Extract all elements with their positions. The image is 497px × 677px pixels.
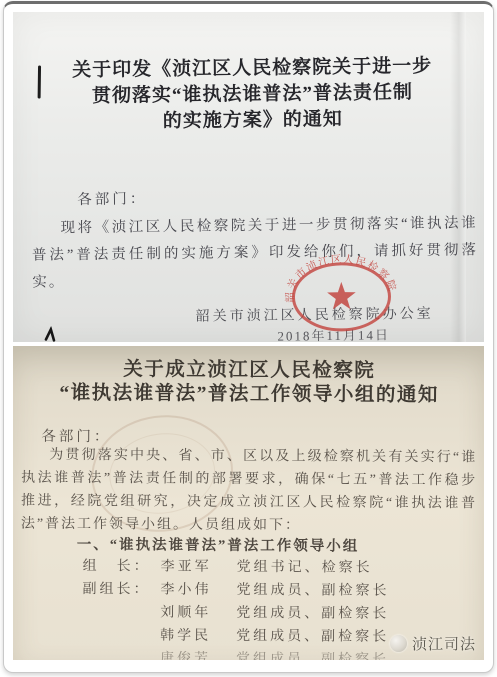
doc1-title-line: 的实施方案》的通知: [42, 105, 463, 136]
doc1-salutation: 各部门：: [77, 187, 147, 209]
roster-row: 副组长： 李小伟 党组成员、副检察长: [82, 578, 389, 603]
roster-row: 唐俊芳 党组成员、副检察长: [82, 647, 389, 660]
roster-role: [82, 601, 160, 624]
official-seal: 韶关市浈江区人民检察院: [266, 248, 417, 342]
doc2-title: 关于成立浈江区人民检察院 “谁执法谁普法”普法工作领导小组的通知: [24, 358, 475, 409]
roster-name: 刘顺年: [160, 601, 236, 624]
doc1-title: 关于印发《浈江区人民检察院关于进一步 贯彻落实“谁执法谁普法”普法责任制 的实施…: [42, 53, 464, 136]
watermark-label: 浈江司法: [412, 633, 476, 654]
doc2-title-line: 关于成立浈江区人民检察院: [24, 358, 475, 385]
doc1-photo: 关于印发《浈江区人民检察院关于进一步 贯彻落实“谁执法谁普法”普法责任制 的实施…: [13, 12, 484, 342]
roster-title: 党组成员、副检察长: [236, 579, 389, 603]
doc2-body: 为贯彻落实中央、省、市、区以及上级检察机关有关实行“谁执法谁普法”普法责任制的部…: [21, 444, 478, 539]
paper-crease: [450, 12, 466, 342]
roster-row: 组 长： 李亚军 党组书记、检察长: [83, 555, 390, 580]
roster-row: 刘顺年 党组成员、副检察长: [82, 601, 389, 626]
watermark-logo-icon: [390, 635, 407, 652]
roster-name: 韩学民: [160, 624, 236, 647]
doc2-section-heading: 一、“谁执法谁普法”普法工作领导小组: [77, 533, 360, 556]
roster-name: 李亚军: [161, 555, 237, 578]
doc2-photo: 关于成立浈江区人民检察院 “谁执法谁普法”普法工作领导小组的通知 各部门： 为贯…: [13, 346, 484, 660]
roster-role: [82, 647, 160, 660]
fold-mark: [38, 66, 41, 99]
roster-row: 韩学民 党组成员、副检察长: [82, 624, 389, 649]
roster-name: 唐俊芳: [160, 647, 236, 660]
roster-name: 李小伟: [160, 578, 236, 601]
doc2-title-line: “谁执法谁普法”普法工作领导小组的通知: [24, 382, 475, 409]
watermark: 浈江司法: [390, 633, 476, 654]
roster-title: 党组成员、副检察长: [236, 648, 389, 660]
seal-star-icon: [327, 282, 356, 310]
roster-role: 副组长：: [82, 578, 160, 601]
doc1-title-line: 贯彻落实“谁执法谁普法”普法责任制: [42, 79, 463, 110]
pen-mark: [43, 326, 63, 342]
roster-role: 组 长：: [83, 555, 161, 578]
roster-role: [82, 624, 160, 647]
roster-title: 党组成员、副检察长: [236, 602, 389, 626]
roster-title: 党组书记、检察长: [237, 556, 373, 580]
photo-card: 关于印发《浈江区人民检察院关于进一步 贯彻落实“谁执法谁普法”普法责任制 的实施…: [3, 1, 494, 673]
roster-title: 党组成员、副检察长: [236, 625, 389, 649]
doc2-roster: 组 长： 李亚军 党组书记、检察长 副组长： 李小伟 党组成员、副检察长 刘顺年…: [82, 555, 390, 660]
